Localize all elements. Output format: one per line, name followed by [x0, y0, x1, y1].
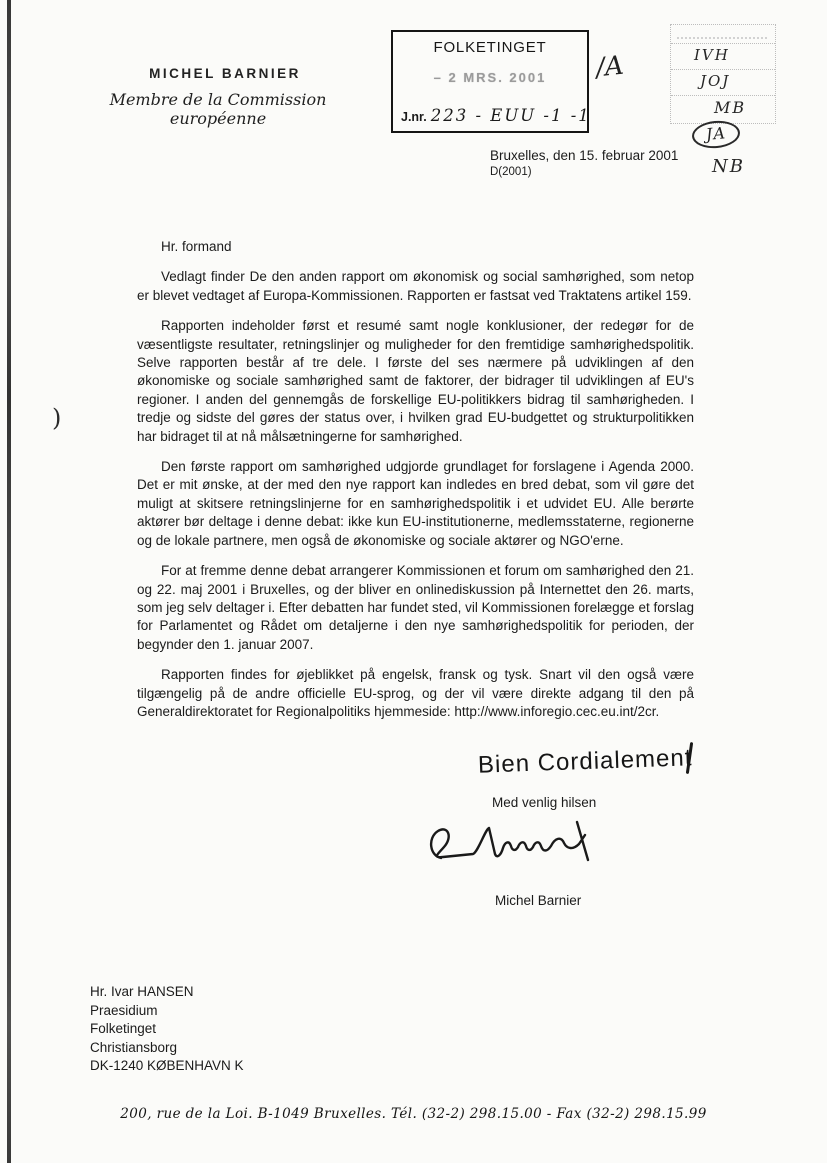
faint-pencil-scribble	[677, 27, 767, 39]
dateline-place-date: Bruxelles, den 15. februar 2001	[490, 148, 678, 163]
recipient-line: Folketinget	[90, 1020, 244, 1039]
stamp-journal-number: J.nr.223 - EUU -1 -1	[401, 106, 591, 126]
signatory-name: Michel Barnier	[495, 893, 581, 908]
recipient-line: Christiansborg	[90, 1039, 244, 1058]
recipient-line: Hr. Ivar HANSEN	[90, 983, 244, 1002]
signature-scribble	[425, 816, 625, 871]
paragraph-1: Vedlagt finder De den anden rapport om ø…	[137, 268, 694, 305]
paragraph-4: For at fremme denne debat arrangerer Kom…	[137, 562, 694, 654]
grid-divider	[671, 69, 775, 70]
folketinget-receipt-stamp: FOLKETINGET – 2 MRS. 2001 J.nr.223 - EUU…	[391, 30, 589, 133]
initials-joj: JOJ	[700, 72, 730, 90]
scanned-letter-page: MICHEL BARNIER Membre de la Commission e…	[0, 0, 827, 1163]
recipient-line: DK-1240 KØBENHAVN K	[90, 1057, 244, 1076]
handwritten-closing-note: Bien Cordialement	[478, 744, 693, 779]
footer-address: 200, rue de la Loi. B-1049 Bruxelles. Té…	[0, 1106, 827, 1122]
dateline-reference: D(2001)	[490, 166, 532, 178]
scan-edge-artifact	[7, 0, 11, 1163]
paragraph-2: Rapporten indeholder først et resumé sam…	[137, 317, 694, 446]
letterhead-title: Membre de la Commission européenne	[88, 90, 348, 128]
salutation: Hr. formand	[137, 238, 694, 256]
grid-divider	[671, 95, 775, 96]
initials-ivh: IVH	[694, 46, 730, 64]
grid-divider	[671, 43, 775, 44]
stamp-org-name: FOLKETINGET	[393, 39, 587, 56]
valediction: Med venlig hilsen	[492, 795, 596, 810]
stamp-jnr-value: 223 - EUU -1 -1	[431, 106, 591, 125]
stamp-date: – 2 MRS. 2001	[393, 70, 587, 85]
stamp-jnr-label: J.nr.	[401, 110, 427, 124]
paragraph-3: Den første rapport om samhørighed udgjor…	[137, 458, 694, 550]
recipient-address-block: Hr. Ivar HANSEN Praesidium Folketinget C…	[90, 983, 244, 1076]
letterhead-name: MICHEL BARNIER	[145, 66, 305, 81]
initials-nb: NB	[712, 156, 745, 177]
initials-mb: MB	[714, 98, 746, 117]
recipient-line: Praesidium	[90, 1002, 244, 1021]
paragraph-5: Rapporten findes for øjeblikket på engel…	[137, 666, 694, 721]
margin-paren-mark: )	[52, 404, 61, 432]
letter-body: Hr. formand Vedlagt finder De den anden …	[137, 238, 694, 733]
handwritten-side-note: /A	[595, 51, 626, 84]
